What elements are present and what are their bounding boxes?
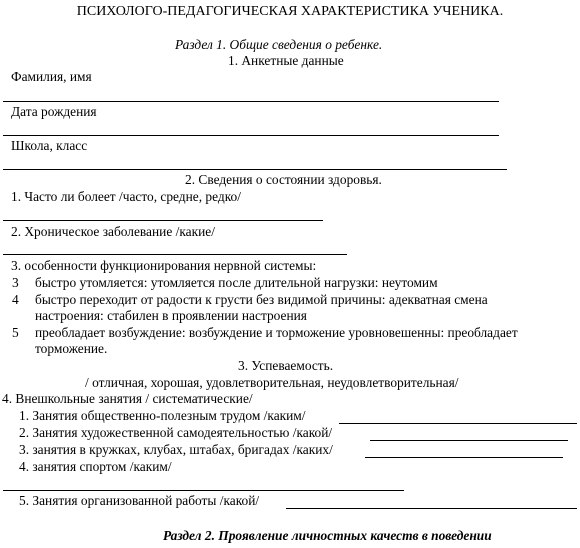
section2-heading: Раздел 2. Проявление личностных качеств …	[163, 528, 492, 544]
activity-answer-line-2[interactable]	[370, 440, 568, 441]
activity-answer-line-5[interactable]	[286, 508, 577, 509]
scale-item-text: быстро утомляется: утомляется после длит…	[35, 275, 438, 291]
birthdate-input-line[interactable]	[3, 135, 499, 136]
health-question-1: 1. Часто ли болеет /часто, средне, редко…	[11, 189, 241, 205]
scale-number: 3	[12, 275, 19, 291]
scale-item-text-cont: настроения: стабилен в проявлении настро…	[35, 308, 307, 324]
activity-item-3: 3. занятия в кружках, клубах, штабах, бр…	[19, 442, 333, 458]
subsection1-heading: 1. Анкетные данные	[228, 53, 344, 69]
scale-item-text: быстро переходит от радости к грусти без…	[35, 292, 488, 308]
subsection2-heading: 2. Сведения о состоянии здоровья.	[185, 172, 382, 188]
health-answer-line-2[interactable]	[3, 254, 347, 255]
section1-heading: Раздел 1. Общие сведения о ребенке.	[175, 37, 382, 53]
activity-item-4: 4. занятия спортом /каким/	[19, 459, 172, 475]
subsection4-heading: 4. Внешкольные занятия / систематические…	[2, 391, 253, 407]
field-label-school: Школа, класс	[11, 138, 87, 154]
activity-item-1: 1. Занятия общественно-полезным трудом /…	[19, 408, 306, 424]
field-label-birthdate: Дата рождения	[11, 104, 97, 120]
document-title: ПСИХОЛОГО-ПЕДАГОГИЧЕСКАЯ ХАРАКТЕРИСТИКА …	[0, 4, 580, 20]
field-label-name: Фамилия, имя	[11, 69, 92, 85]
activity-answer-line-3[interactable]	[365, 457, 563, 458]
health-question-2: 2. Хроническое заболевание /какие/	[11, 224, 215, 240]
health-answer-line-1[interactable]	[3, 220, 323, 221]
scale-item-text-cont: торможение.	[35, 341, 107, 357]
health-question-3: 3. особенности функционирования нервной …	[11, 258, 316, 274]
activity-answer-line-1[interactable]	[339, 423, 577, 424]
subsection3-heading: 3. Успеваемость.	[238, 358, 333, 374]
performance-options: / отличная, хорошая, удовлетворительная,…	[85, 375, 458, 391]
school-input-line[interactable]	[3, 169, 507, 170]
name-input-line[interactable]	[3, 101, 499, 102]
scale-item-text: преобладает возбуждение: возбуждение и т…	[35, 325, 518, 341]
scale-number: 5	[12, 325, 19, 341]
activity-item-2: 2. Занятия художественной самодеятельнос…	[19, 425, 332, 441]
scale-number: 4	[12, 292, 19, 308]
activity-answer-line-4[interactable]	[3, 490, 404, 491]
activity-item-5: 5. Занятия организованной работы /какой/	[19, 493, 259, 509]
